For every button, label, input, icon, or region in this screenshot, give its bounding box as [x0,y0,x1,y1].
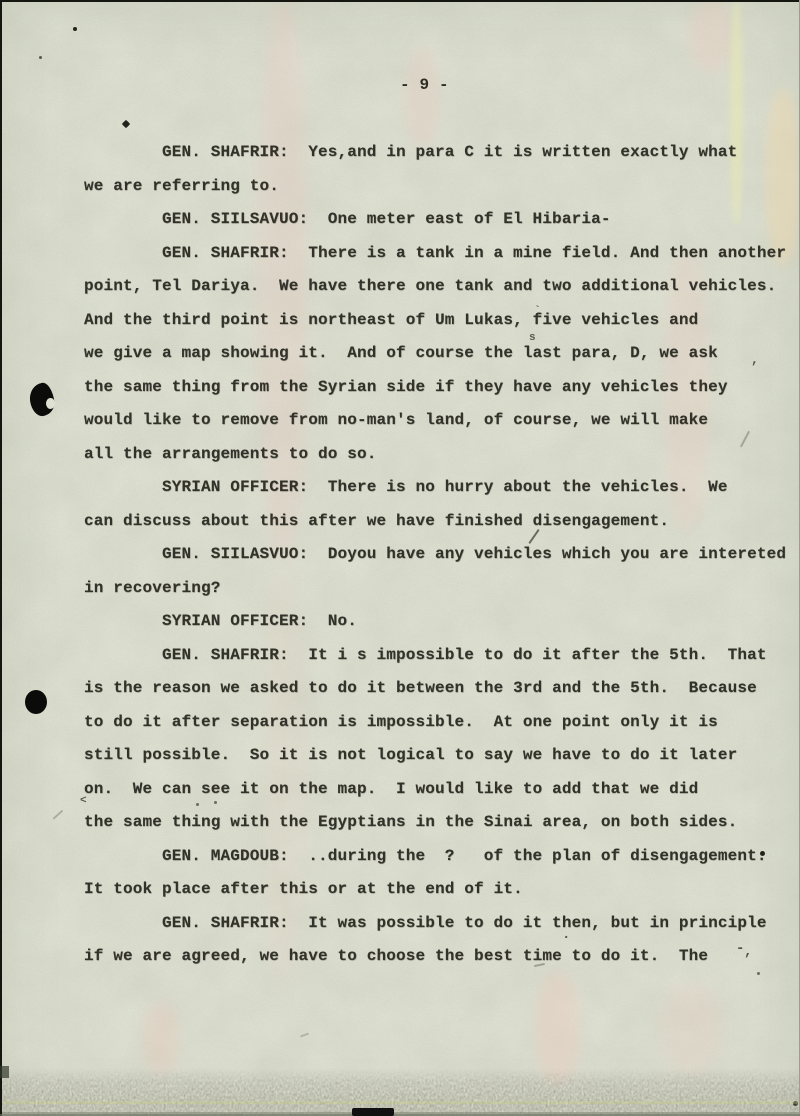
scan-edge-top [0,0,800,2]
ink-speck [39,56,42,59]
scan-edge-left [0,0,2,1116]
hole-punch-mark [25,690,47,714]
text-line: to do it after separation is impossible.… [84,711,800,745]
ink-speck [73,27,77,31]
pen-slash [52,810,63,820]
text-line: we give a map showing it. And of course … [84,342,800,376]
text-line: is the reason we asked to do it between … [84,677,800,711]
text-line: GEN. SIILASVUO: Doyou have any vehicles … [84,543,800,577]
text-line: SYRIAN OFFICER: There is no hurry about … [84,476,800,510]
stray-glyph-artifact: < [80,795,87,807]
stain-pink-patch [143,1002,179,1074]
ink-speck [760,851,765,856]
text-line: the same thing with the Egyptians in the… [84,811,800,845]
transcript-text: GEN. SHAFRIR: Yes,and in para C it is wr… [84,141,800,979]
text-line: if we are agreed, we have to choose the … [84,945,800,979]
paper-grain-band [0,1068,800,1116]
text-line: all the arrangements to do so. [84,443,800,477]
ink-speck [122,120,130,128]
scan-corner-mark [0,1066,9,1078]
text-line: GEN. SIILSAVUO: One meter east of El Hib… [84,208,800,242]
scanned-document-page: - 9 - GEN. SHAFRIR: Yes,and in para C it… [0,0,800,1116]
ink-speck [214,801,217,804]
text-line: still possible. So it is not logical to … [84,744,800,778]
text-line: we are referring to. [84,175,800,209]
text-line: GEN. MAGDOUB: ..during the ? of the plan… [84,845,800,879]
ink-speck [196,803,199,806]
stray-glyph-artifact: , [751,352,759,367]
ink-speck [793,1101,798,1106]
scan-edge-notch [352,1108,394,1116]
stain-pink-patch [404,48,440,148]
stain-pink-patch [660,982,722,1074]
stray-glyph-artifact: ` [534,304,541,318]
stain-pink-patch [536,972,580,1084]
ink-speck [757,972,760,975]
text-line: GEN. SHAFRIR: It i s impossible to do it… [84,644,800,678]
pen-slash [300,1033,309,1037]
text-line: can discuss about this after we have fin… [84,510,800,544]
text-line: SYRIAN OFFICER: No. [84,610,800,644]
text-line: would like to remove from no-man's land,… [84,409,800,443]
stray-glyph-artifact: , [744,944,752,960]
text-line: And the third point is northeast of Um L… [84,309,800,343]
text-line: in recovering? [84,577,800,611]
ink-blot-notch [46,398,55,409]
text-line: point, Tel Dariya. We have there one tan… [84,275,800,309]
stain-pink-patch [690,0,732,72]
text-lines: GEN. SHAFRIR: Yes,and in para C it is wr… [84,141,800,979]
stray-glyph-artifact: · [562,930,570,946]
stray-glyph-artifact: s [529,332,536,344]
page-number: - 9 - [400,74,449,96]
text-line: GEN. SHAFRIR: Yes,and in para C it is wr… [84,141,800,175]
text-line: GEN. SHAFRIR: It was possible to do it t… [84,912,800,946]
text-line: on. We can see it on the map. I would li… [84,778,800,812]
text-line: the same thing from the Syrian side if t… [84,376,800,410]
text-line: It took place after this or at the end o… [84,878,800,912]
text-line: GEN. SHAFRIR: There is a tank in a mine … [84,242,800,276]
